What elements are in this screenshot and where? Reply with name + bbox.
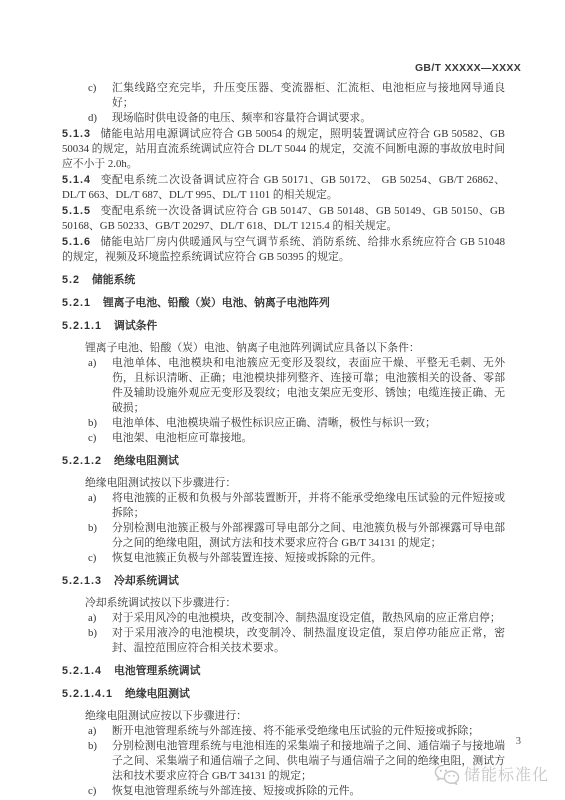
clause-paragraph: 5.1.6储能电站厂房内供暖通风与空气调节系统、消防系统、给排水系统应符合 GB… (62, 235, 505, 265)
section-heading-number: 5.2.1.4.1 (62, 688, 113, 700)
section-heading-title: 冷却系统调试 (114, 575, 179, 587)
list-item: a)将电池簇的正极和负极与外部装置断开，并将不能承受绝缘电压试验的元件短接或拆除… (62, 491, 505, 521)
list-item: a)断开电池管理系统与外部连接、将不能承受绝缘电压试验的元件短接或拆除； (62, 724, 505, 739)
watermark-label: 储能标准化 (464, 762, 549, 785)
list-item-label: b) (88, 739, 112, 784)
document-page: GB/T XXXXX—XXXX c)汇集线路空充完毕，升压变压器、变流器柜、汇流… (0, 0, 565, 800)
list-item-text: 电池单体、电池模块和电池簇应无变形及裂纹，表面应干燥、平整无毛刺、无外伤，且标识… (112, 356, 505, 416)
wechat-icon (434, 763, 460, 785)
clause-number: 5.1.5 (62, 205, 91, 217)
list-item: b)电池单体、电池模块端子极性标识应正确、清晰，极性与标识一致； (62, 416, 505, 431)
list-item-label: a) (88, 491, 112, 521)
list-item-text: 对于采用液冷的电池模块，改变制冷、制热温度设定值，泵启停功能应正常，密封、温控范… (112, 626, 505, 656)
list-item: c)恢复电池管理系统与外部连接、短接或拆除的元件。 (62, 784, 505, 799)
clause-number: 5.1.4 (62, 174, 91, 186)
section-heading-title: 绝缘电阻测试 (125, 688, 190, 700)
section-heading-number: 5.2 (62, 274, 80, 286)
list-item-text: 现场临时供电设备的电压、频率和容量符合调试要求。 (112, 111, 505, 126)
clause-text: 储能电站厂房内供暖通风与空气调节系统、消防系统、给排水系统应符合 GB 5104… (62, 236, 505, 263)
list-item-label: d) (88, 111, 112, 126)
list-item-text: 恢复电池管理系统与外部连接、短接或拆除的元件。 (112, 784, 505, 799)
section-heading-number: 5.2.1.1 (62, 320, 102, 332)
list-item-label: c) (88, 431, 112, 446)
list-item: c)恢复电池簇正负极与外部装置连接、短接或拆除的元件。 (62, 551, 505, 566)
doc-code-header: GB/T XXXXX—XXXX (415, 62, 521, 74)
list-item-label: a) (88, 356, 112, 416)
section-heading: 5.2储能系统 (62, 273, 505, 288)
section-heading-number: 5.2.1 (62, 297, 91, 309)
section-heading: 5.2.1.1调试条件 (62, 319, 505, 334)
section-heading: 5.2.1.4.1绝缘电阻测试 (62, 687, 505, 702)
list-item-label: a) (88, 724, 112, 739)
list-item-text: 对于采用风冷的电池模块，改变制冷、制热温度设定值，散热风扇的应正常启停； (112, 611, 505, 626)
clause-text: 变配电系统一次设备调试应符合 GB 50147、GB 50148、GB 5014… (62, 205, 505, 232)
body-paragraph: 绝缘电阻测试应按以下步骤进行： (62, 709, 505, 724)
list-item-text: 恢复电池簇正负极与外部装置连接、短接或拆除的元件。 (112, 551, 505, 566)
list-item: b)分别检测电池簇正极与外部裸露可导电部分之间、电池簇负极与外部裸露可导电部分之… (62, 521, 505, 551)
section-heading-title: 绝缘电阻测试 (114, 455, 179, 467)
clause-text: 变配电系统二次设备调试应符合 GB 50171、GB 50172、 GB 502… (62, 174, 505, 201)
section-heading: 5.2.1锂离子电池、铅酸（炭）电池、钠离子电池阵列 (62, 296, 505, 311)
section-heading-number: 5.2.1.2 (62, 455, 102, 467)
section-heading-title: 锂离子电池、铅酸（炭）电池、钠离子电池阵列 (103, 297, 330, 309)
clause-text: 储能电站用电源调试应符合 GB 50054 的规定，照明装置调试应符合 GB 5… (62, 128, 505, 170)
clause-number: 5.1.3 (62, 128, 91, 140)
list-item: c)电池架、电池柜应可靠接地。 (62, 431, 505, 446)
list-item: a)对于采用风冷的电池模块，改变制冷、制热温度设定值，散热风扇的应正常启停； (62, 611, 505, 626)
clause-paragraph: 5.1.5变配电系统一次设备调试应符合 GB 50147、GB 50148、GB… (62, 204, 505, 234)
document-body: c)汇集线路空充完毕，升压变压器、变流器柜、汇流柜、电池柜应与接地网导通良好；d… (62, 81, 505, 799)
list-item-label: c) (88, 784, 112, 799)
list-item-label: c) (88, 551, 112, 566)
section-heading-number: 5.2.1.3 (62, 575, 102, 587)
list-item-text: 分别检测电池簇正极与外部裸露可导电部分之间、电池簇负极与外部裸露可导电部分之间的… (112, 521, 505, 551)
list-item-label: b) (88, 416, 112, 431)
wechat-watermark: 储能标准化 (434, 762, 549, 785)
section-heading-title: 调试条件 (114, 320, 157, 332)
list-item: c)汇集线路空充完毕，升压变压器、变流器柜、汇流柜、电池柜应与接地网导通良好； (62, 81, 505, 111)
list-item-text: 汇集线路空充完毕，升压变压器、变流器柜、汇流柜、电池柜应与接地网导通良好； (112, 81, 505, 111)
clause-number: 5.1.6 (62, 236, 91, 248)
list-item-label: b) (88, 521, 112, 551)
list-item-label: b) (88, 626, 112, 656)
list-item-text: 电池架、电池柜应可靠接地。 (112, 431, 505, 446)
list-item: b)对于采用液冷的电池模块，改变制冷、制热温度设定值，泵启停功能应正常，密封、温… (62, 626, 505, 656)
section-heading: 5.2.1.4电池管理系统调试 (62, 664, 505, 679)
section-heading-title: 电池管理系统调试 (114, 665, 200, 677)
page-number: 3 (516, 736, 521, 747)
section-heading-title: 储能系统 (92, 274, 135, 286)
body-paragraph: 冷却系统调试按以下步骤进行： (62, 596, 505, 611)
clause-paragraph: 5.1.4变配电系统二次设备调试应符合 GB 50171、GB 50172、 G… (62, 173, 505, 203)
list-item-label: c) (88, 81, 112, 111)
section-heading: 5.2.1.3冷却系统调试 (62, 574, 505, 589)
clause-paragraph: 5.1.3储能电站用电源调试应符合 GB 50054 的规定，照明装置调试应符合… (62, 127, 505, 172)
list-item: a)电池单体、电池模块和电池簇应无变形及裂纹，表面应干燥、平整无毛刺、无外伤，且… (62, 356, 505, 416)
list-item-label: a) (88, 611, 112, 626)
section-heading-number: 5.2.1.4 (62, 665, 102, 677)
body-paragraph: 锂离子电池、铅酸（炭）电池、钠离子电池阵列调试应具备以下条件： (62, 341, 505, 356)
list-item-text: 电池单体、电池模块端子极性标识应正确、清晰，极性与标识一致； (112, 416, 505, 431)
list-item-text: 断开电池管理系统与外部连接、将不能承受绝缘电压试验的元件短接或拆除； (112, 724, 505, 739)
list-item: d)现场临时供电设备的电压、频率和容量符合调试要求。 (62, 111, 505, 126)
section-heading: 5.2.1.2绝缘电阻测试 (62, 454, 505, 469)
list-item-text: 将电池簇的正极和负极与外部装置断开，并将不能承受绝缘电压试验的元件短接或拆除； (112, 491, 505, 521)
body-paragraph: 绝缘电阻测试按以下步骤进行： (62, 476, 505, 491)
